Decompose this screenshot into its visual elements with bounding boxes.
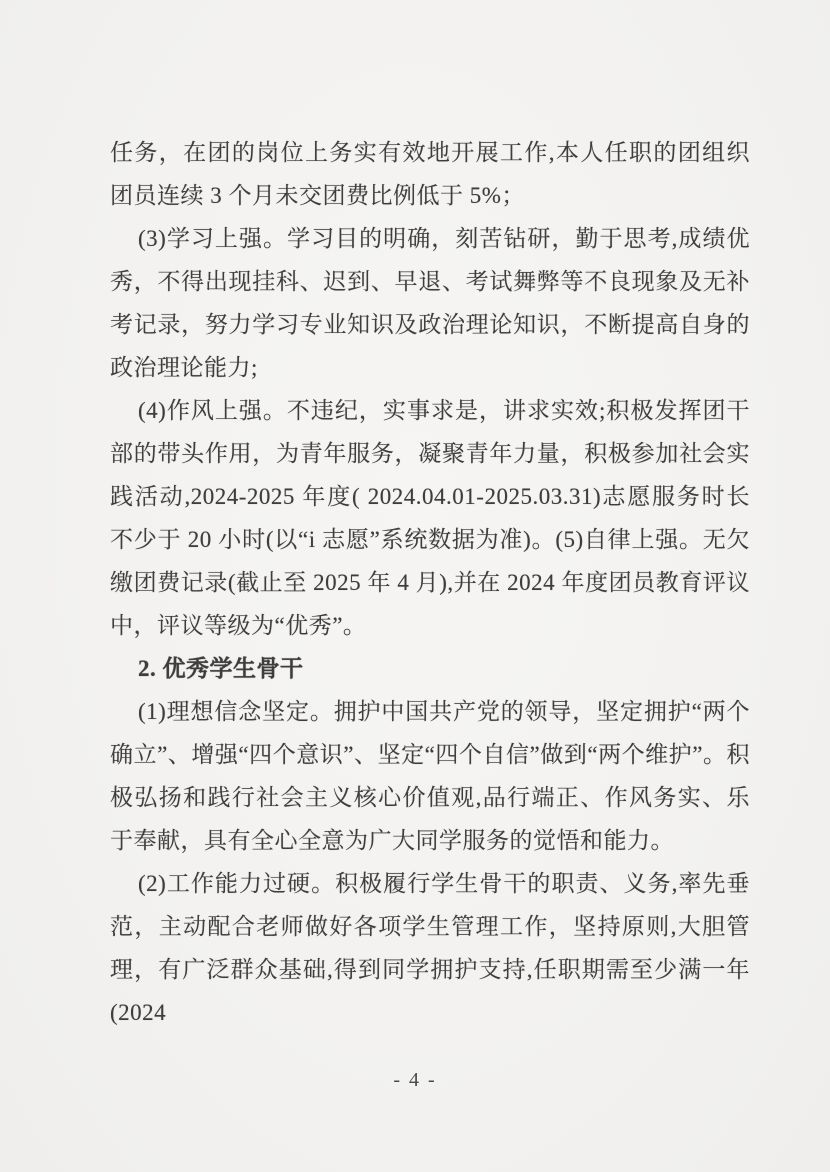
- section-heading-outstanding-student-backbone: 2. 优秀学生骨干: [110, 647, 750, 690]
- paragraph-item-1-ideals: (1)理想信念坚定。拥护中国共产党的领导，坚定拥护“两个确立”、增强“四个意识”…: [110, 690, 750, 862]
- document-page: 任务，在团的岗位上务实有效地开展工作,本人任职的团组织团员连续 3 个月未交团费…: [0, 0, 830, 1172]
- paragraph-item-3-study: (3)学习上强。学习目的明确，刻苦钻研，勤于思考,成绩优秀，不得出现挂科、迟到、…: [110, 217, 750, 389]
- page-number: - 4 -: [0, 1066, 830, 1094]
- paragraph-item-2-work-ability: (2)工作能力过硬。积极履行学生骨干的职责、义务,率先垂范，主动配合老师做好各项…: [110, 862, 750, 1034]
- document-body: 任务，在团的岗位上务实有效地开展工作,本人任职的团组织团员连续 3 个月未交团费…: [110, 131, 750, 1034]
- paragraph-continuation: 任务，在团的岗位上务实有效地开展工作,本人任职的团组织团员连续 3 个月未交团费…: [110, 131, 750, 217]
- paragraph-item-4-5-conduct: (4)作风上强。不违纪，实事求是，讲求实效;积极发挥团干部的带头作用，为青年服务…: [110, 389, 750, 647]
